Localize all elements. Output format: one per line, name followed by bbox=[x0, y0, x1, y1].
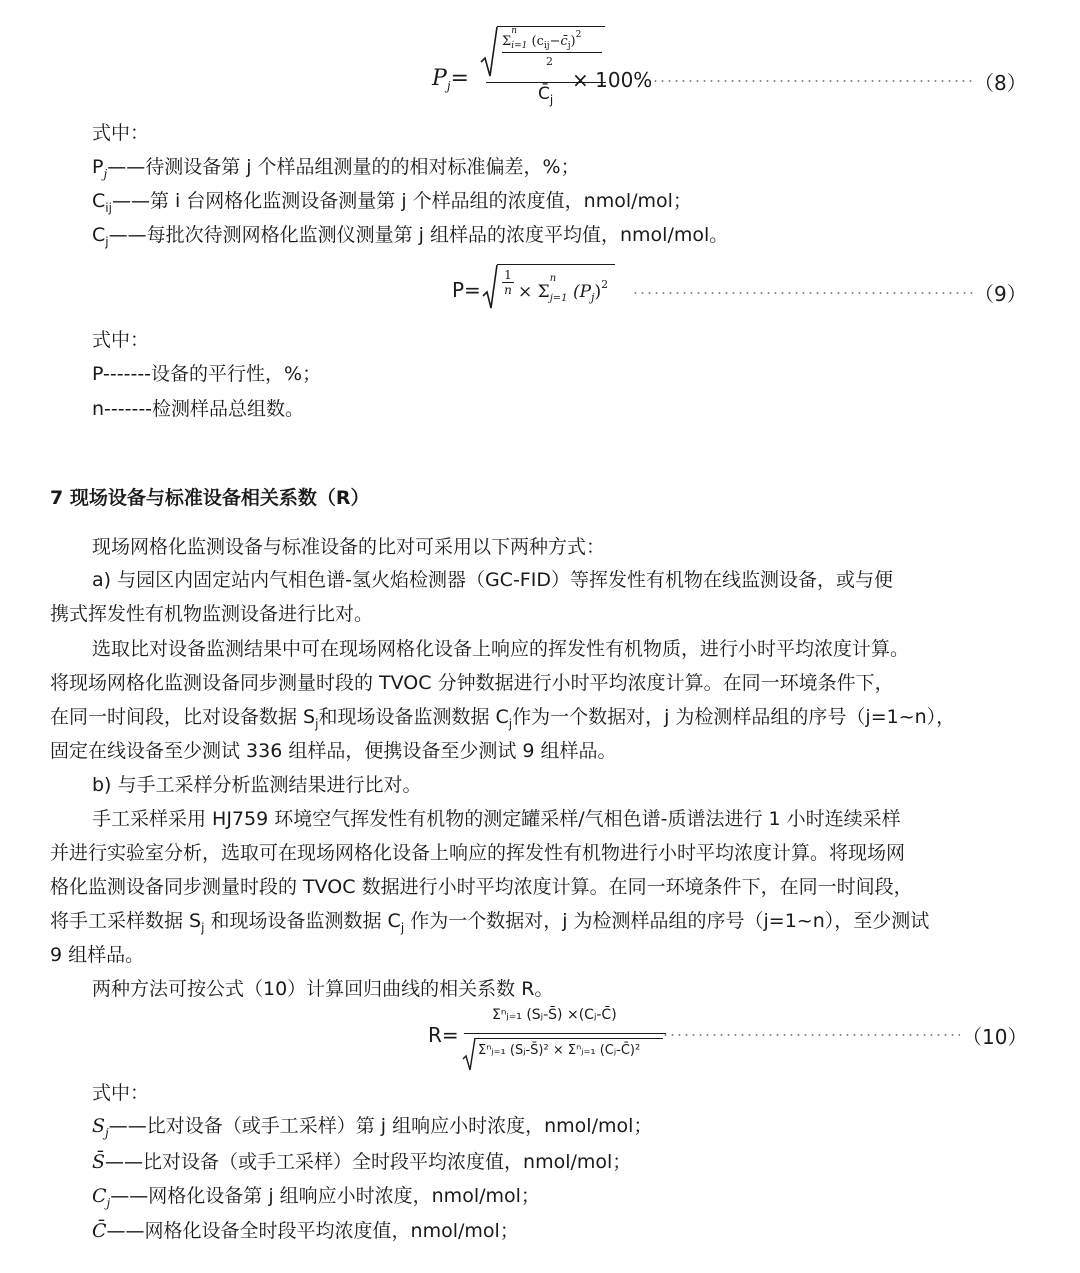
formula-8-lhs: Pj= bbox=[432, 66, 469, 93]
paragraph-a-detail-line2: 将现场网格化监测设备同步测量时段的 TVOC 分钟数据进行小时平均浓度计算。在同… bbox=[50, 671, 894, 695]
definition-n: n-------检测样品总组数。 bbox=[92, 397, 304, 421]
formula-10-leader bbox=[662, 1034, 960, 1036]
paragraph-a-detail-line1: 选取比对设备监测结果中可在现场网格化设备上响应的挥发性有机物质，进行小时平均浓度… bbox=[92, 637, 909, 661]
definition-cij: Cij——第 i 台网格化监测设备测量第 j 个样品组的浓度值，nmol/mol… bbox=[92, 189, 692, 220]
formula-10: R= Σⁿⱼ₌₁ (Sⱼ-S̄) ×(Cⱼ-C̄) Σⁿⱼ₌₁ (Sⱼ-S̄)²… bbox=[428, 1005, 668, 1075]
paragraph-b-detail-line1: 手工采样采用 HJ759 环境空气挥发性有机物的测定罐采样/气相色谱-质谱法进行… bbox=[92, 807, 901, 831]
formula-10-denominator: Σⁿⱼ₌₁ (Sⱼ-S̄)² × Σⁿⱼ₌₁ (Cⱼ-C̄)² bbox=[478, 1043, 640, 1058]
definition-p: P-------设备的平行性，%； bbox=[92, 362, 321, 386]
formula-9-frac: 1 n bbox=[502, 268, 514, 297]
paragraph-a-line1: a) 与园区内固定站内气相色谱-氢火焰检测器（GC-FID）等挥发性有机物在线监… bbox=[92, 568, 893, 592]
paragraph-b-detail-line2: 并进行实验室分析，选取可在现场网格化设备上响应的挥发性有机物进行小时平均浓度计算… bbox=[50, 841, 905, 865]
formula-8-inner-num: Σni=1 (cij−c̄j)2 bbox=[502, 30, 581, 51]
formula-10-numerator: Σⁿⱼ₌₁ (Sⱼ-S̄) ×(Cⱼ-C̄) bbox=[492, 1007, 617, 1023]
paragraph-b-detail-line5: 9 组样品。 bbox=[50, 943, 144, 967]
paragraph-b-detail-line3: 格化监测设备同步测量时段的 TVOC 数据进行小时平均浓度计算。在同一环境条件下… bbox=[50, 875, 913, 899]
formula-9-lhs: P= bbox=[452, 278, 481, 302]
paragraph-a-detail-line3: 在同一时间段，比对设备数据 Sj和现场设备监测数据 Cj作为一个数据对，j 为检… bbox=[50, 705, 955, 736]
formula-8-number: （8） bbox=[974, 67, 1027, 96]
paragraph-formula-intro: 两种方法可按公式（10）计算回归曲线的相关系数 R。 bbox=[92, 977, 553, 1001]
definition-pj: Pj——待测设备第 j 个样品组测量的的相对标准偏差，%； bbox=[92, 155, 580, 186]
formula-8-inner-den: 2 bbox=[546, 55, 553, 68]
sqrt-icon bbox=[480, 26, 498, 78]
definition-sj: Sj——比对设备（或手工采样）第 j 组响应小时浓度，nmol/mol； bbox=[92, 1114, 652, 1145]
paragraph-b: b) 与手工采样分析监测结果进行比对。 bbox=[92, 773, 422, 797]
paragraph-a-line2: 携式挥发性有机物监测设备进行比对。 bbox=[50, 602, 373, 626]
sqrt-icon bbox=[482, 264, 498, 310]
paragraph-intro: 现场网格化监测设备与标准设备的比对可采用以下两种方式： bbox=[92, 535, 605, 559]
paragraph-a-detail-line4: 固定在线设备至少测试 336 组样品，便携设备至少测试 9 组样品。 bbox=[50, 739, 617, 763]
formula-10-number: （10） bbox=[962, 1021, 1027, 1050]
formula-8-outer-den: C̄j bbox=[538, 84, 553, 107]
formula-8-fraction: Σni=1 (cij−c̄j)2 2 C̄j bbox=[480, 22, 606, 106]
where-label-1: 式中： bbox=[92, 121, 149, 145]
where-label-2: 式中： bbox=[92, 328, 149, 352]
formula-9-body: × Σnj=1 (Pj)2 bbox=[518, 278, 608, 304]
formula-9-leader bbox=[632, 292, 974, 294]
definition-c-bar: C̄——网格化设备全时段平均浓度值，nmol/mol； bbox=[92, 1219, 519, 1243]
where-label-3: 式中： bbox=[92, 1081, 149, 1105]
formula-9: P= 1 n × Σnj=1 (Pj)2 bbox=[452, 262, 632, 312]
definition-cj-grid: Cj——网格化设备第 j 组响应小时浓度，nmol/mol； bbox=[92, 1184, 540, 1215]
formula-8-times: × 100% bbox=[572, 68, 652, 92]
formula-8-leader bbox=[652, 80, 974, 82]
definition-cj: Cj——每批次待测网格化监测仪测量第 j 组样品的浓度平均值，nmol/mol。 bbox=[92, 223, 728, 254]
sqrt-icon bbox=[462, 1037, 476, 1071]
formula-10-lhs: R= bbox=[428, 1023, 459, 1047]
definition-s-bar: S̄——比对设备（或手工采样）全时段平均浓度值，nmol/mol； bbox=[92, 1150, 631, 1174]
paragraph-b-detail-line4: 将手工采样数据 Sj 和现场设备监测数据 Cj 作为一个数据对，j 为检测样品组… bbox=[50, 909, 929, 940]
formula-9-number: （9） bbox=[974, 278, 1027, 307]
section-7-heading: 7 现场设备与标准设备相关系数（R） bbox=[50, 483, 369, 510]
